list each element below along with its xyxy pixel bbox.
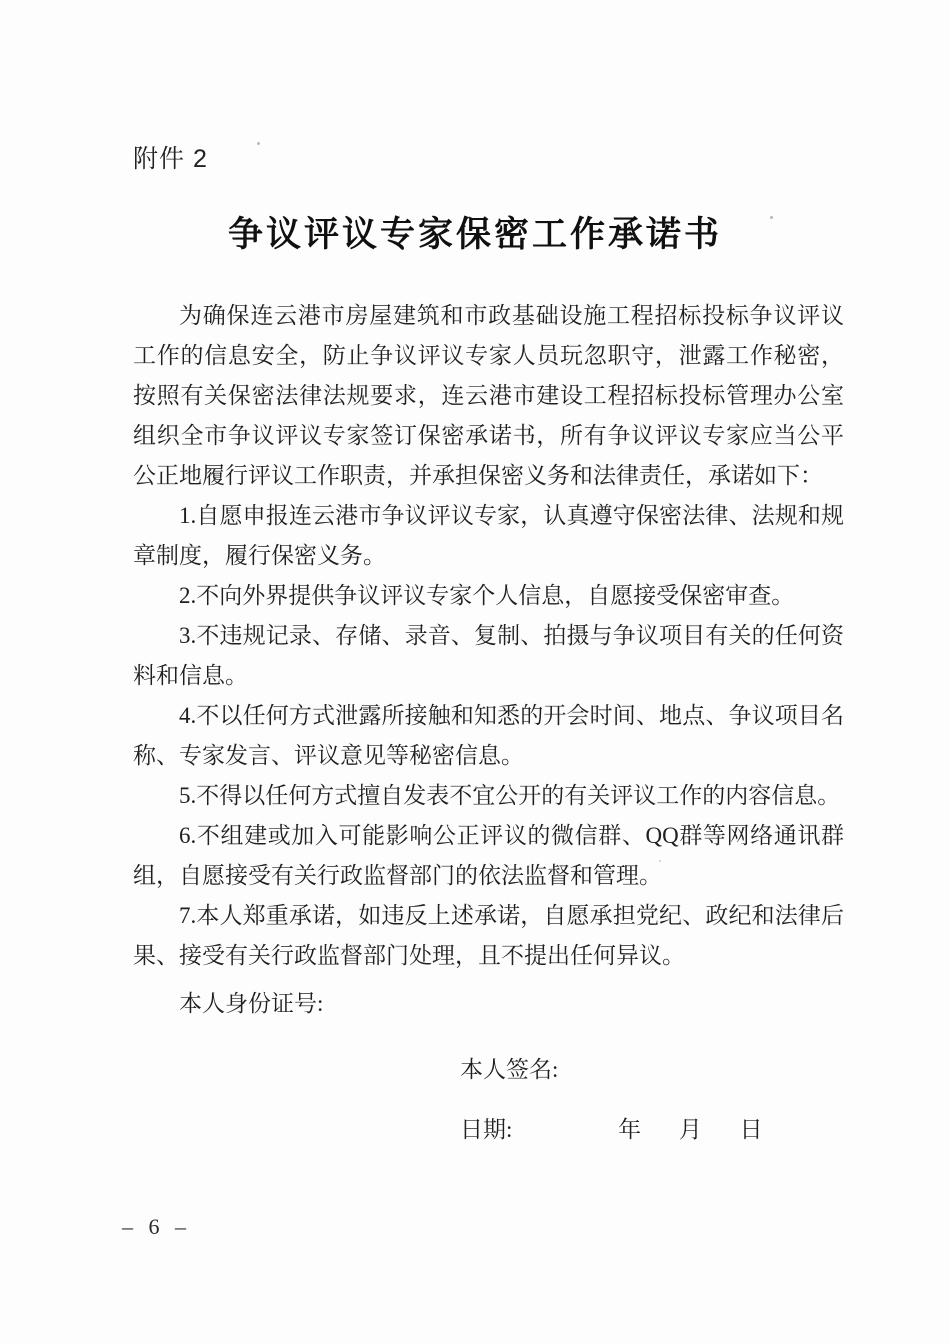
- document-title: 争议评议专家保密工作承诺书: [0, 214, 950, 256]
- id-number-label: 本人身份证号:: [133, 984, 844, 1024]
- date-year-label: 年: [618, 1110, 641, 1150]
- paragraph-item-5: 5.不得以任何方式擅自发表不宜公开的有关评议工作的内容信息。: [133, 776, 844, 816]
- date-day-label: 日: [740, 1110, 763, 1150]
- scanned-document-page: 附件 2 争议评议专家保密工作承诺书 为确保连云港市房屋建筑和市政基础设施工程招…: [0, 0, 950, 1343]
- scan-speck: [257, 142, 260, 145]
- attachment-label: 附件 2: [133, 144, 208, 174]
- date-month-label: 月: [679, 1110, 702, 1150]
- paragraph-intro: 为确保连云港市房屋建筑和市政基础设施工程招标投标争议评议工作的信息安全，防止争议…: [133, 296, 844, 496]
- paragraph-item-2: 2.不向外界提供争议评议专家个人信息，自愿接受保密审查。: [133, 576, 844, 616]
- date-line: 日期: 年 月 日: [460, 1110, 763, 1150]
- scan-speck: [659, 860, 661, 862]
- document-body: 为确保连云港市房屋建筑和市政基础设施工程招标投标争议评议工作的信息安全，防止争议…: [133, 296, 844, 1024]
- paragraph-item-7: 7.本人郑重承诺，如违反上述承诺，自愿承担党纪、政纪和法律后果、接受有关行政监督…: [133, 896, 844, 976]
- date-label: 日期:: [460, 1117, 512, 1142]
- paragraph-item-1: 1.自愿申报连云港市争议评议专家，认真遵守保密法律、法规和规章制度，履行保密义务…: [133, 496, 844, 576]
- scan-speck: [770, 216, 773, 219]
- signature-label: 本人签名:: [460, 1050, 558, 1090]
- paragraph-item-3: 3.不违规记录、存储、录音、复制、拍摄与争议项目有关的任何资料和信息。: [133, 616, 844, 696]
- paragraph-item-6: 6.不组建或加入可能影响公正评议的微信群、QQ群等网络通讯群组，自愿接受有关行政…: [133, 816, 844, 896]
- paragraph-item-4: 4.不以任何方式泄露所接触和知悉的开会时间、地点、争议项目名称、专家发言、评议意…: [133, 696, 844, 776]
- page-number: – 6 –: [122, 1212, 191, 1242]
